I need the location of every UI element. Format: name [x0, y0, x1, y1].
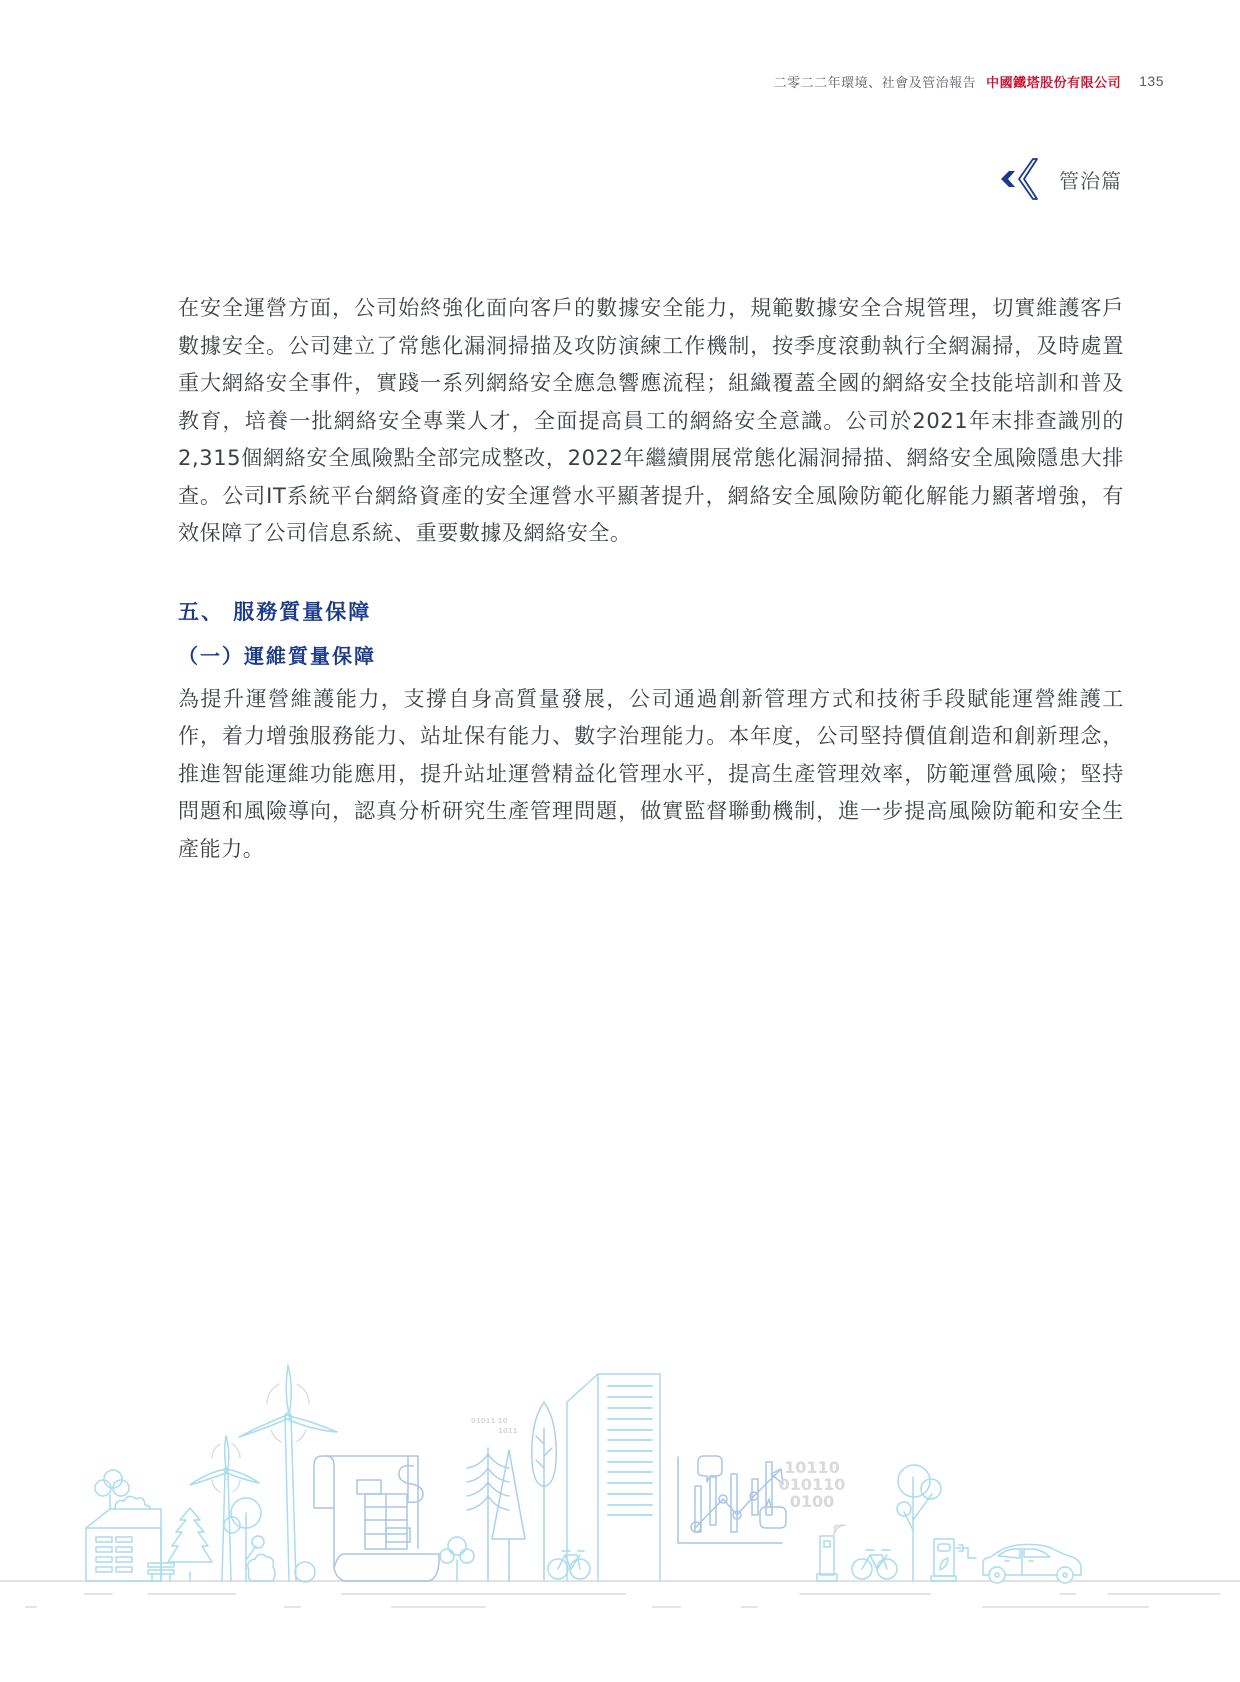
road-dashes	[26, 1594, 1220, 1607]
section-tag: 管治篇	[995, 157, 1122, 201]
financial-report-icon	[314, 1456, 439, 1581]
bicycle-icon	[548, 1551, 590, 1579]
electric-car-icon	[983, 1544, 1081, 1583]
report-title: 二零二二年環境、社會及管治報告	[774, 72, 977, 91]
office-tower-icon	[567, 1374, 660, 1581]
section-heading: 五、 服務質量保障	[178, 597, 1124, 627]
smart-pole-icon	[817, 1536, 837, 1581]
svg-text:0100: 0100	[790, 1492, 835, 1511]
binary-code-large: 10110 010110 0100	[779, 1458, 846, 1511]
svg-text:1011: 1011	[498, 1427, 518, 1435]
fir-tree-icon	[467, 1448, 525, 1581]
page-number: 135	[1139, 73, 1164, 89]
main-content: 在安全運營方面，公司始終強化面向客戶的數據安全能力，規範數據安全合規管理，切實維…	[178, 290, 1124, 868]
subsection-paragraph: 為提升運營維護能力，支撐自身高質量發展，公司通過創新管理方式和技術手段賦能運營維…	[178, 681, 1124, 869]
running-header: 二零二二年環境、社會及管治報告 中國鐵塔股份有限公司 135	[774, 70, 1164, 92]
company-name: 中國鐵塔股份有限公司	[986, 72, 1121, 91]
office-building-icon	[86, 1470, 174, 1581]
binary-code-small: 01011 10 1011	[471, 1417, 518, 1435]
subsection-heading: （一）運維質量保障	[178, 641, 1124, 671]
double-chevron-left-icon	[995, 157, 1049, 201]
poplar-tree-icon	[532, 1402, 557, 1580]
intro-paragraph: 在安全運營方面，公司始終強化面向客戶的數據安全能力，規範數據安全合規管理，切實維…	[178, 290, 1124, 553]
small-tree-icon	[440, 1537, 474, 1581]
ev-charging-station-icon	[931, 1539, 976, 1581]
bicycle-icon	[852, 1550, 897, 1579]
section-tag-label: 管治篇	[1059, 165, 1122, 194]
wind-turbine-icon	[190, 1365, 337, 1581]
city-skyline-illustration: 01011 10 1011 10110 010110 0100	[0, 1350, 1240, 1640]
round-tree-icon	[224, 1498, 315, 1582]
wifi-icon	[834, 1525, 846, 1537]
analytics-chart-icon	[678, 1456, 786, 1543]
svg-text:01011 10: 01011 10	[471, 1417, 508, 1425]
